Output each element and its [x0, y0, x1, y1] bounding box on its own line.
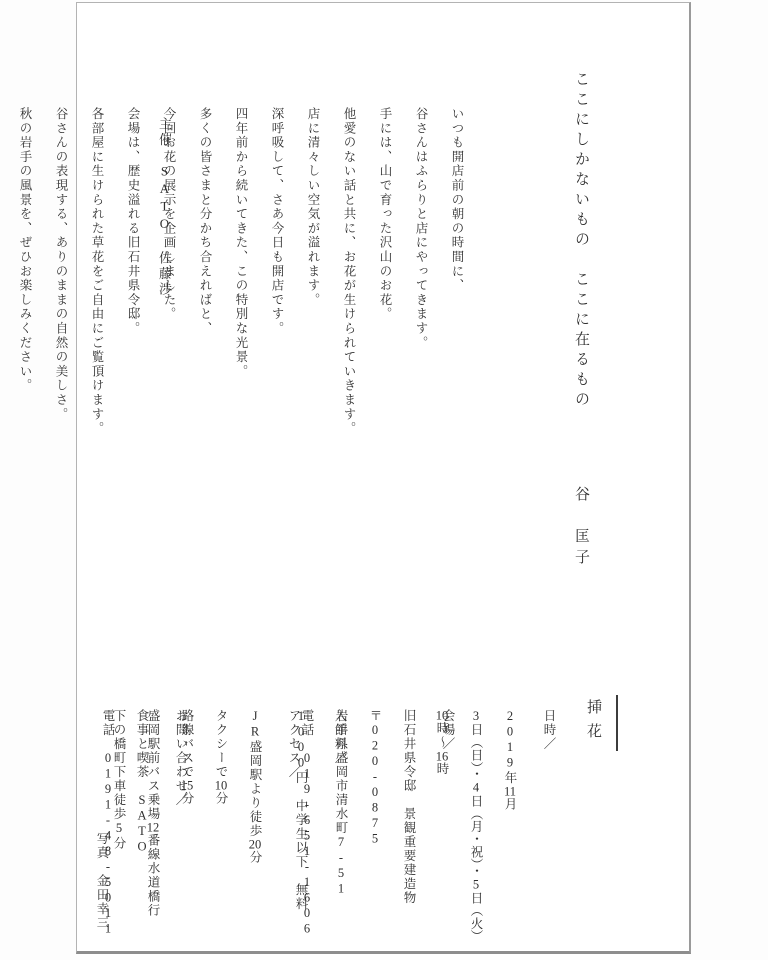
- body-line: 手には、山で育った沢山のお花。: [374, 107, 395, 527]
- body-text: いつも開店前の朝の時間に、 谷さんはふらりと店にやってきます。 手には、山で育っ…: [0, 107, 482, 527]
- contact-label: お問い合わせ／: [171, 709, 190, 955]
- flyer-title: ここにしかないもの ここに在るもの: [570, 71, 592, 411]
- body-line: 多くの皆さまと分かち合えればと、: [194, 107, 215, 527]
- body-line: 四年前から続いてきた、この特別な光景。: [230, 107, 251, 527]
- venue-postal-code: 〒020-0875: [365, 709, 384, 955]
- venue-label: 会場／: [438, 709, 457, 955]
- flyer-page: ここにしかないもの ここに在るもの 谷 匡子 いつも開店前の朝の時間に、 谷さん…: [76, 2, 691, 954]
- venue-line: 旧石井県令邸 景観重要建造物: [399, 709, 418, 955]
- organizer-credit: 主催 SATO 佐藤渉: [154, 117, 174, 298]
- body-line: 各部屋に生けられた草花をご自由にご覧頂けます。: [86, 107, 107, 527]
- datetime-line: 2019年11月: [500, 709, 519, 955]
- access-line: タクシーで10分: [211, 709, 230, 955]
- heading-rule-line: [616, 695, 618, 751]
- flyer-canvas: ここにしかないもの ここに在るもの 谷 匡子 いつも開店前の朝の時間に、 谷さん…: [0, 0, 768, 960]
- author-name: 谷 匡子: [570, 486, 592, 570]
- body-line: 深呼吸して、さあ今日も開店です。: [266, 107, 287, 527]
- access-label: アクセス／: [284, 709, 303, 955]
- body-line: 秋の岩手の風景を、ぜひお楽しみください。: [14, 107, 35, 527]
- contact-line: 食事と喫茶 SATO: [132, 709, 151, 955]
- section-heading-soka: 挿花: [581, 699, 605, 747]
- access-line: JR盛岡駅より徒歩20分: [245, 709, 264, 955]
- body-line: 谷さんはふらりと店にやってきます。: [410, 107, 431, 527]
- body-line: 会場は、歴史溢れる旧石井県令邸。: [122, 107, 143, 527]
- photo-credit: 写真 金田幸三: [92, 832, 111, 930]
- body-line: 他愛のない話と共に、お花が生けられていきます。: [338, 107, 359, 527]
- datetime-label: 日時／: [539, 709, 558, 955]
- body-line: 谷さんの表現する、ありのままの自然の美しさ。: [50, 107, 71, 527]
- body-line: 店に清々しい空気が溢れます。: [302, 107, 323, 527]
- body-line: いつも開店前の朝の時間に、: [446, 107, 467, 527]
- admission-label: 入館料／: [330, 709, 349, 955]
